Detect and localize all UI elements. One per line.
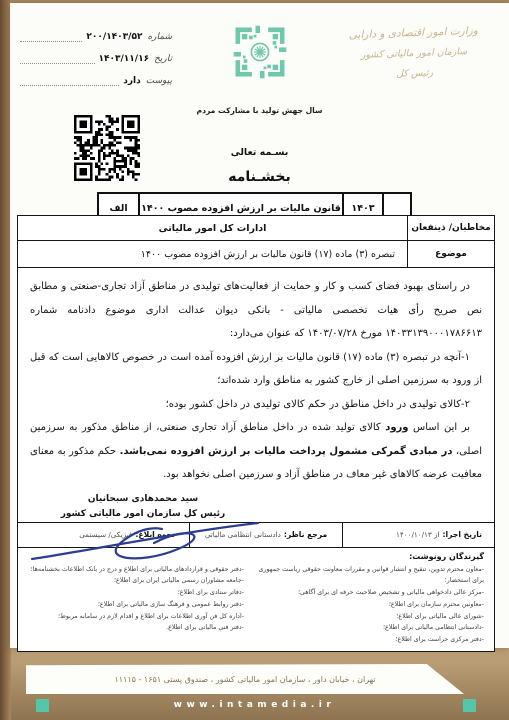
cc-item: -دفتر روابط عمومی و فرهنگ سازی مالیاتی ب…	[28, 599, 244, 611]
cc-left-column: -دفتر حقوقی و قراردادهای مالیاتی برای اط…	[28, 564, 244, 647]
subject-row: موضوع تبصره (۳) ماده (۱۷) قانون مالیات ب…	[18, 241, 494, 268]
organization-line: سازمان امور مالیاتی کشور	[325, 45, 503, 62]
supervisor-label: مرجع ناظر:	[284, 530, 327, 539]
body-paragraph-1: در راستای بهبود فضای کسب و کار و حمایت ا…	[30, 275, 482, 346]
ref-number-row: شماره ۲۰۰/۱۴۰۳/۵۲	[20, 31, 172, 42]
body-paragraph-2: ۱-آنچه در تبصره (۳) ماده (۱۷) قانون مالی…	[30, 346, 482, 393]
subject-value: تبصره (۳) ماده (۱۷) قانون مالیات بر ارزش…	[18, 241, 407, 267]
cc-item: -شورای عالی مالیاتی برای اطلاع؛	[250, 611, 484, 623]
attachment-row: پیوست دارد	[20, 75, 172, 86]
main-table: مخاطبان/ ذینفعان ادارات کل امور مالیاتی …	[17, 215, 495, 652]
ministry-line: وزارت امور اقتصادی و دارایی	[324, 24, 502, 42]
tax-emblem-icon	[231, 23, 289, 81]
letterhead-fields: شماره ۲۰۰/۱۴۰۳/۵۲ تاریخ ۱۴۰۳/۱۱/۱۶ پیوست…	[20, 31, 172, 97]
signatory-name: سید محمدهادی سبحانیان	[48, 492, 238, 507]
cc-item: -دفتر مرکزی حراست برای اطلاع؛	[250, 634, 484, 646]
number-value: ۲۰۰/۱۴۰۳/۵۲	[86, 32, 142, 42]
cc-item: -دفتر فنی مالیاتی برای اطلاع.	[28, 622, 244, 634]
tax-administration-emblem	[231, 23, 289, 85]
address-ribbon: تهران ، خیابان داور ، سازمان امور مالیات…	[26, 664, 464, 694]
execution-date-value: از ۱۴۰۰/۱۰/۱۳	[396, 530, 440, 539]
date-label: تاریخ	[154, 54, 172, 64]
audience-value: ادارات کل امور مالیاتی	[18, 216, 407, 240]
cc-item: -دفاتر ستادی برای اطلاع؛	[28, 587, 244, 599]
year-slogan-text: سال جهش تولید با مشارکت مردم	[197, 106, 323, 115]
cc-columns: -معاون محترم تدوین، تنقیح و انتشار قوانی…	[28, 564, 484, 647]
qr-code	[74, 115, 140, 181]
doc-type-title: بخشـنامه	[228, 169, 291, 185]
dotted-line	[20, 53, 95, 64]
execution-date-cell: تاریخ اجرا: از ۱۴۰۰/۱۰/۱۳	[342, 523, 494, 547]
attachment-value: دارد	[123, 76, 141, 86]
website-text: www.intamedia.ir	[0, 700, 509, 710]
director-general-line: رئیس کل	[326, 65, 504, 82]
cc-right-column: -معاون محترم تدوین، تنقیح و انتشار قوانی…	[244, 564, 484, 647]
cc-item: -اداره کل فن آوری اطلاعات برای اطلاع و ا…	[28, 611, 244, 623]
subject-label: موضوع	[407, 241, 494, 267]
signature-block: سید محمدهادی سبحانیان رئیس کل سازمان امو…	[48, 492, 238, 522]
cc-item: -جامعه مشاوران رسمی مالیاتی ایران برای ا…	[28, 575, 244, 587]
cc-item: -دادستانی انتظامی مالیاتی برای اطلاع؛	[250, 622, 484, 634]
address-text: تهران ، خیابان داور ، سازمان امور مالیات…	[114, 675, 375, 684]
audience-label: مخاطبان/ ذینفعان	[407, 216, 494, 240]
teal-square-left	[36, 699, 49, 712]
body-paragraph-3: ۲-کالای تولیدی در داخل مناطق در حکم کالا…	[30, 393, 482, 417]
audience-row: مخاطبان/ ذینفعان ادارات کل امور مالیاتی	[18, 216, 494, 241]
cc-section: گیرندگان رونوشت: -معاون محترم تدوین، تنق…	[18, 548, 494, 652]
dotted-line	[20, 31, 82, 42]
cc-item: -دفتر حقوقی و قراردادهای مالیاتی برای اط…	[28, 564, 244, 576]
body-paragraph-4: بر این اساس ورود کالای تولید شده در داخل…	[30, 416, 482, 487]
teal-square-right	[463, 699, 476, 712]
besmele-text: بسـمه تعالی	[231, 147, 289, 158]
number-label: شماره	[147, 32, 172, 42]
qr-code-icon	[74, 115, 140, 181]
date-row: تاریخ ۱۴۰۳/۱۱/۱۶	[20, 53, 172, 64]
desk-background: { "letterhead": { "ministry_lines": { "l…	[0, 0, 509, 720]
cc-item: -معاون محترم تدوین، تنقیح و انتشار قوانی…	[250, 564, 484, 588]
letterhead-ministry-calligraphy: وزارت امور اقتصادی و دارایی سازمان امور …	[324, 24, 504, 82]
dotted-line	[20, 75, 119, 86]
body-cell: در راستای بهبود فضای کسب و کار و حمایت ا…	[18, 268, 494, 523]
attachment-label: پیوست	[146, 76, 172, 86]
cc-item: -معاونین محترم سازمان برای اطلاع؛	[250, 599, 484, 611]
handwritten-signature-icon	[26, 513, 266, 563]
document-page: وزارت امور اقتصادی و دارایی سازمان امور …	[10, 3, 509, 648]
cc-item: -مرکز عالی دادخواهی مالیاتی و تشخیص صلاح…	[250, 587, 484, 599]
date-value: ۱۴۰۳/۱۱/۱۶	[99, 54, 150, 64]
execution-date-label: تاریخ اجرا:	[443, 530, 482, 539]
